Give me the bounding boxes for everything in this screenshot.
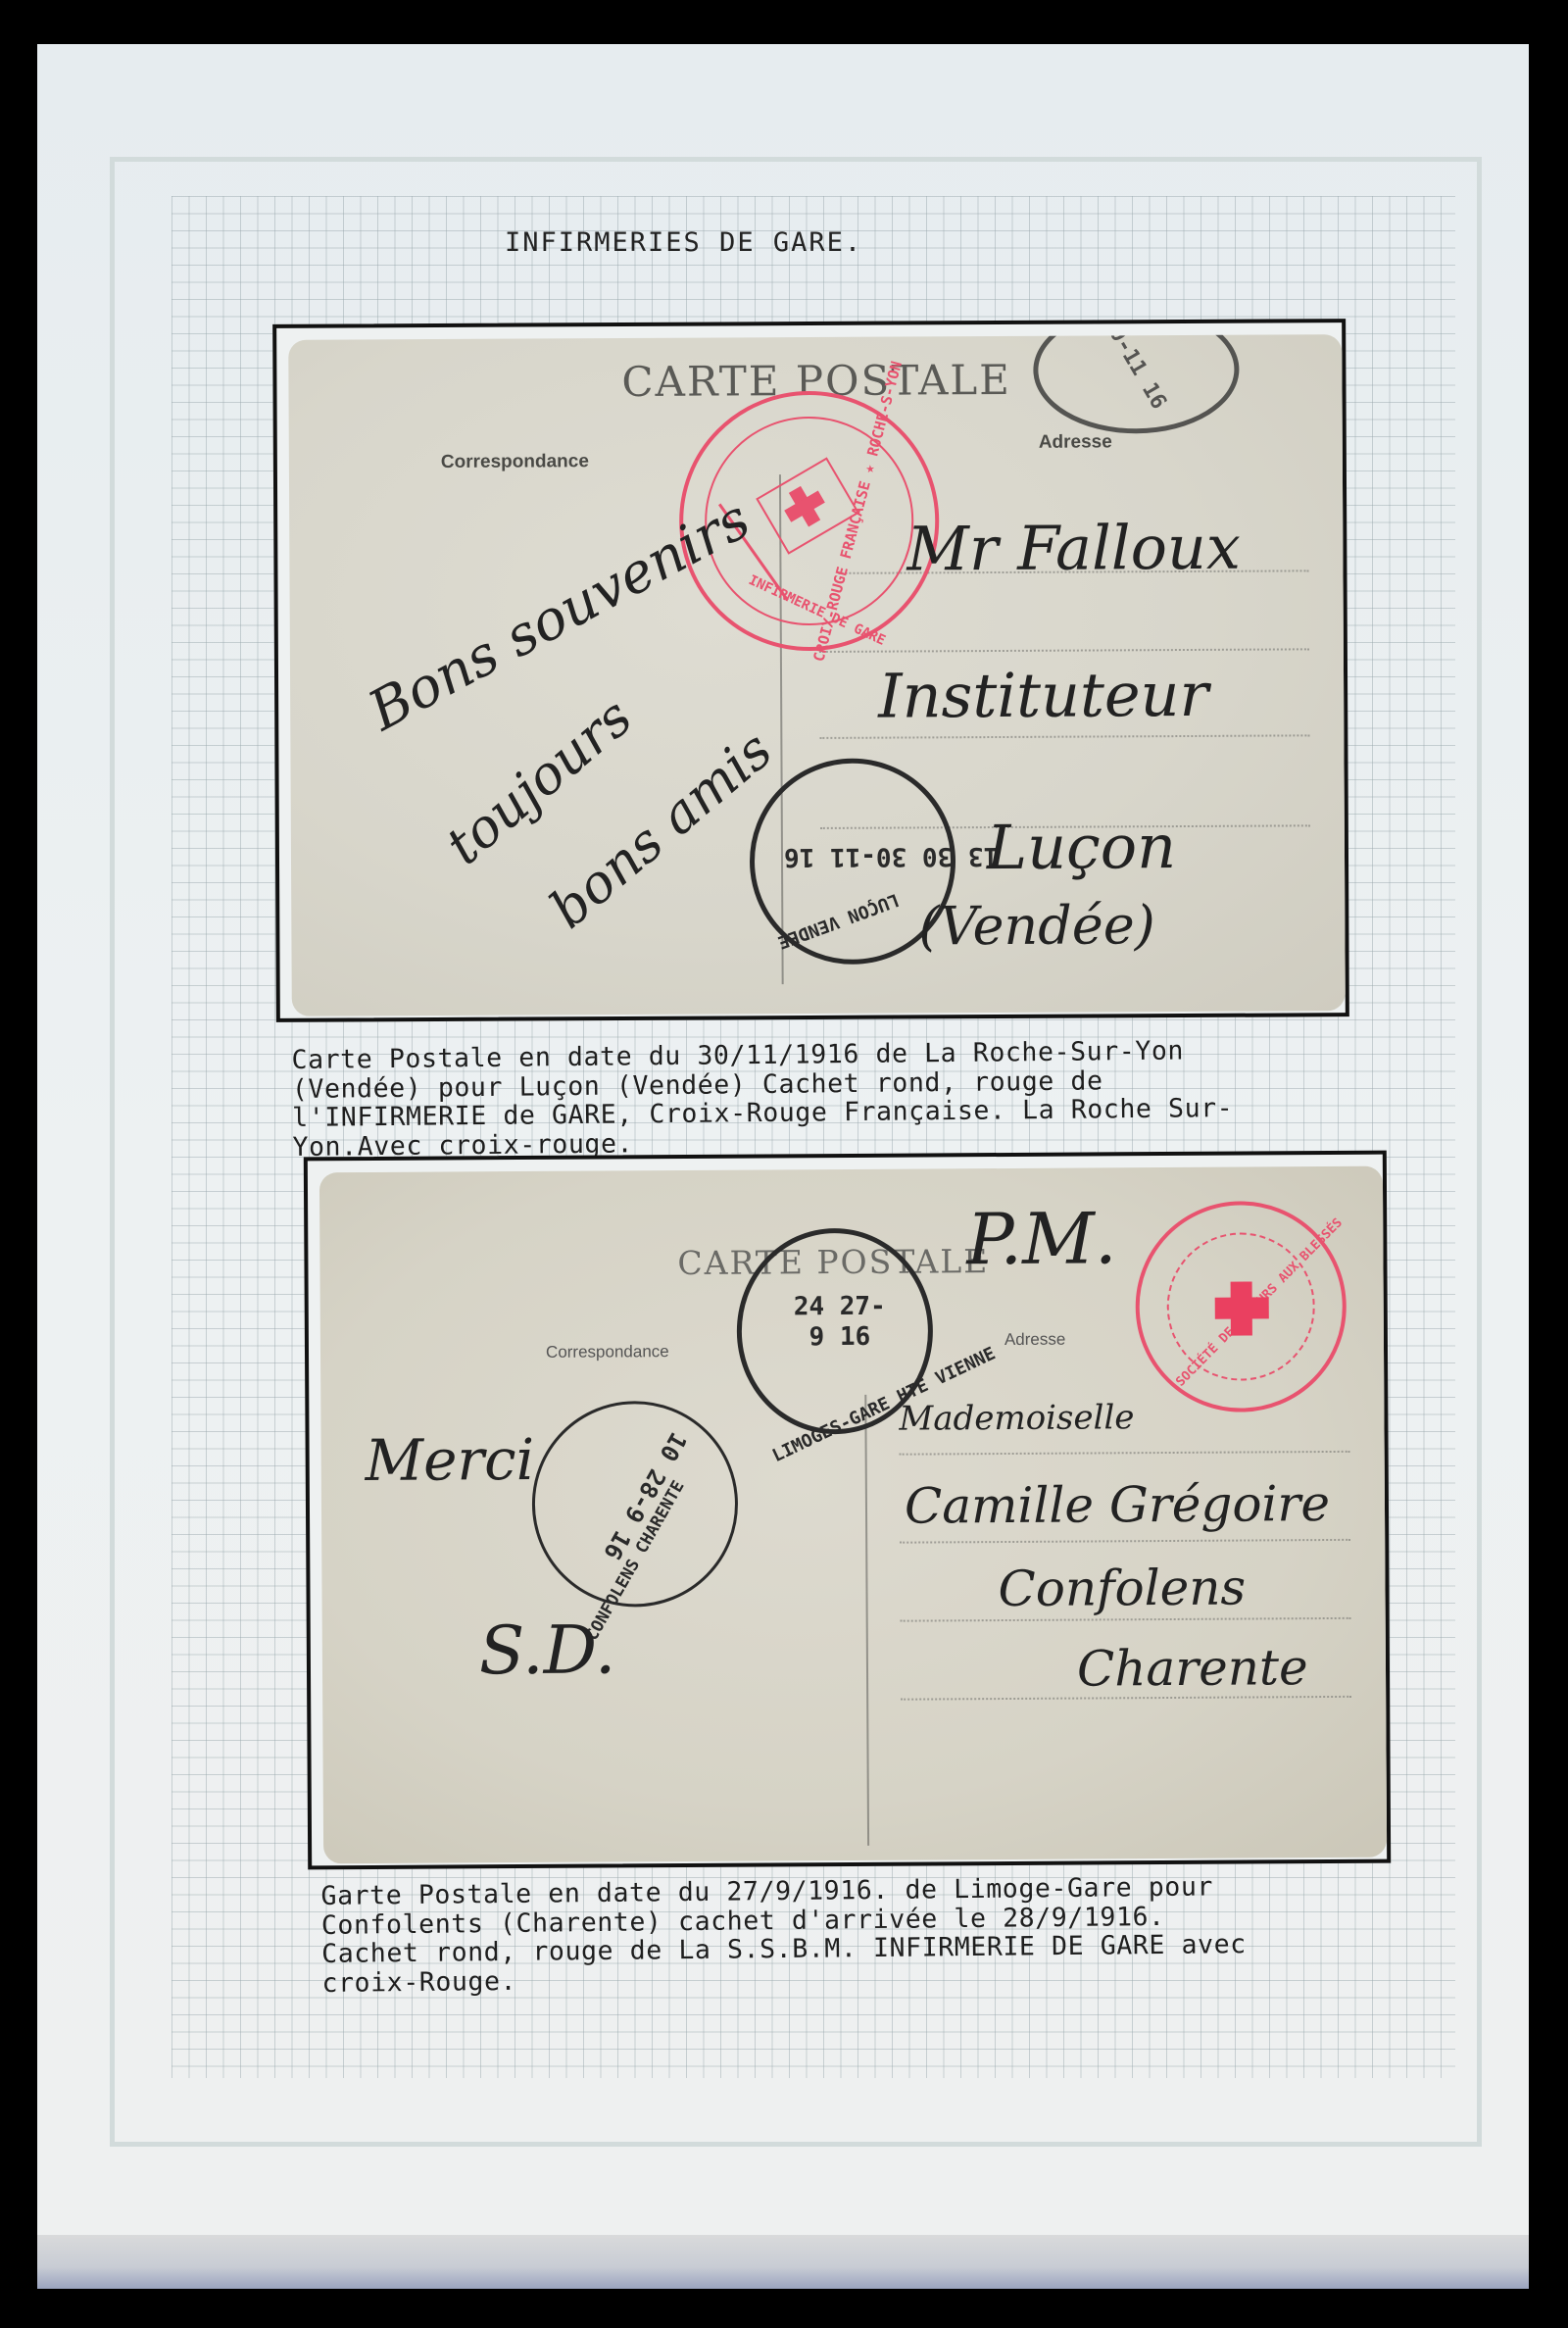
- address-label: Adresse: [1004, 1330, 1065, 1350]
- handwritten-address: Mr Falloux: [906, 512, 1241, 585]
- postmark-la-roche-sur-yon: 30-11 16: [1033, 334, 1240, 434]
- address-line: [819, 734, 1309, 739]
- correspondence-label: Correspondance: [441, 451, 589, 473]
- card-divider: [864, 1395, 869, 1846]
- handwritten-initials: P.M.: [966, 1197, 1117, 1280]
- address-line: [900, 1451, 1350, 1456]
- caption-card-1: Carte Postale en date du 30/11/1916 de L…: [291, 1036, 1233, 1163]
- red-cross-icon: [1215, 1297, 1269, 1318]
- handwritten-address: Confolens: [998, 1560, 1246, 1618]
- handwritten-address: Charente: [1077, 1639, 1308, 1697]
- handwritten-signature: S.D.: [479, 1611, 616, 1690]
- caption-card-2: Garte Postale en date du 27/9/1916. de L…: [320, 1872, 1247, 1999]
- red-ssbm-infirmary-stamp: SOCIÉTÉ DE SECOURS AUX BLESSÉS: [1135, 1201, 1347, 1412]
- address-line: [901, 1617, 1351, 1622]
- postmark-confolens: 10 28-9 16 CONFOLENS CHARENTE: [531, 1401, 738, 1608]
- postcard-mount-2: CARTE POSTALE Correspondance Adresse 24 …: [304, 1151, 1391, 1870]
- address-line: [900, 1539, 1350, 1544]
- page-edge-shadow: [37, 2235, 1529, 2289]
- handwritten-address: Luçon: [987, 811, 1176, 883]
- handwritten-address: Camille Grégoire: [905, 1475, 1330, 1535]
- handwritten-address: Mademoiselle: [899, 1398, 1134, 1438]
- handwritten-message: Merci: [365, 1426, 534, 1494]
- page-title: INFIRMERIES DE GARE.: [505, 227, 862, 258]
- handwritten-address: Instituteur: [878, 659, 1208, 732]
- correspondence-label: Correspondance: [546, 1342, 669, 1362]
- postcard-1: CARTE POSTALE Correspondance Adresse CRO…: [288, 334, 1346, 1016]
- handwritten-message: Bons souvenirs: [359, 487, 760, 743]
- handwritten-address: (Vendée): [918, 894, 1155, 957]
- address-line: [819, 648, 1309, 653]
- postcard-2: CARTE POSTALE Correspondance Adresse 24 …: [319, 1166, 1387, 1864]
- postcard-mount-1: CARTE POSTALE Correspondance Adresse CRO…: [272, 319, 1349, 1022]
- address-label: Adresse: [1039, 431, 1112, 453]
